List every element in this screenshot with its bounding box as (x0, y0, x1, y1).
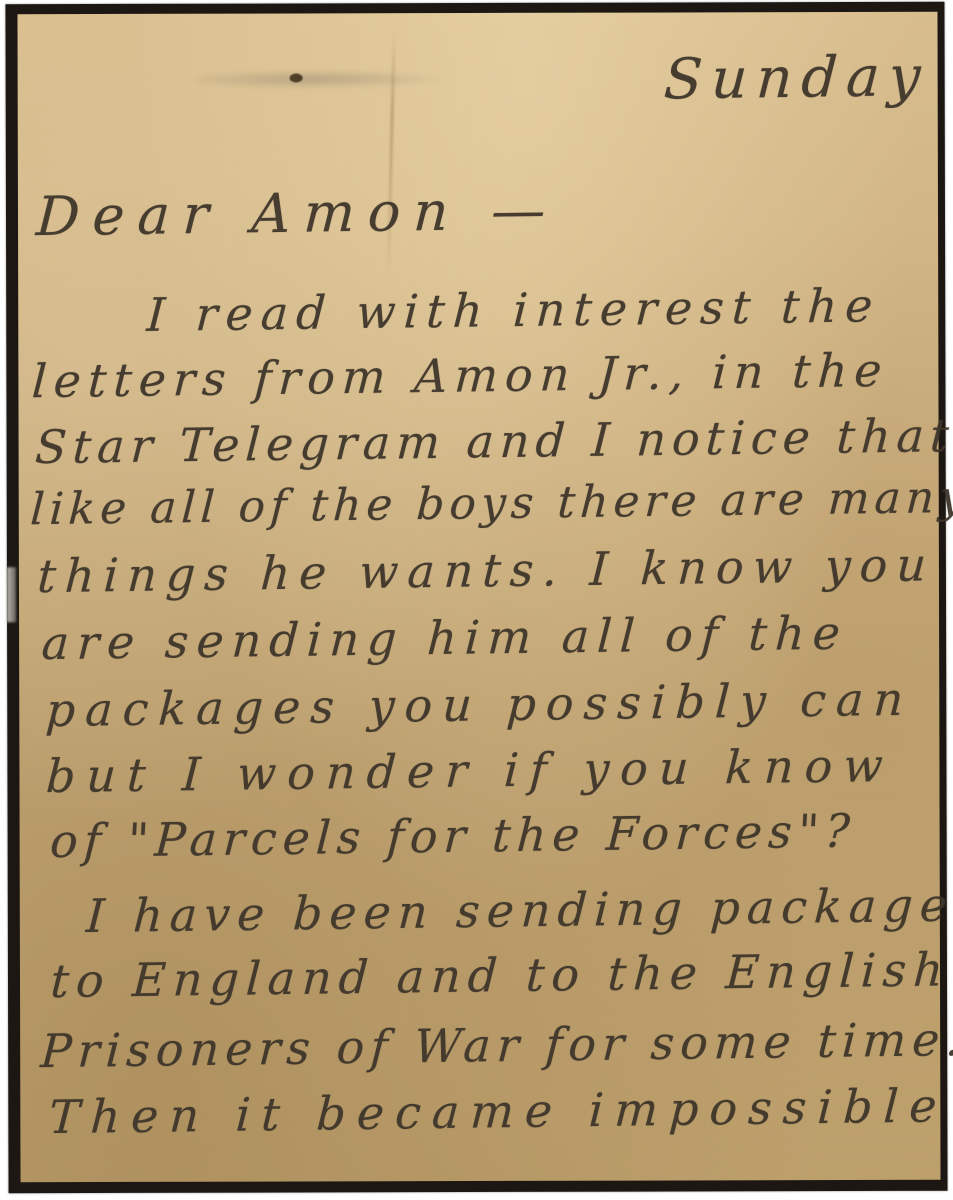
handwritten-line: Prisoners of War for some time. (40, 1016, 953, 1074)
handwritten-line: but I wonder if you know (45, 742, 895, 799)
handwritten-line: letters from Amon Jr., in the (31, 347, 890, 404)
handwritten-line: to England and to the English (49, 946, 951, 1004)
letter-paper: Sunday Dear Amon — I read with interest … (17, 12, 940, 1182)
handwritten-line: Star Telegram and I notice that (34, 412, 953, 470)
ink-spot (290, 73, 303, 82)
smudge-mark (196, 69, 451, 90)
handwritten-line: like all of the boys there are many (29, 476, 953, 532)
salutation: Dear Amon — (35, 183, 560, 244)
handwritten-line: I have been sending packages (85, 881, 953, 939)
scanned-letter-photo: Sunday Dear Amon — I read with interest … (5, 2, 947, 1193)
handwritten-line: Then it became impossible (48, 1082, 949, 1140)
handwritten-line: things he wants. I know you (36, 541, 936, 599)
scan-edge-artifact (7, 567, 16, 622)
date-line: Sunday (662, 49, 931, 109)
handwritten-line: packages you possibly can (45, 676, 915, 733)
handwritten-line: of "Parcels for the Forces"? (49, 808, 857, 865)
handwritten-line: I read with interest the (146, 282, 882, 338)
handwritten-line: are sending him all of the (40, 610, 849, 667)
